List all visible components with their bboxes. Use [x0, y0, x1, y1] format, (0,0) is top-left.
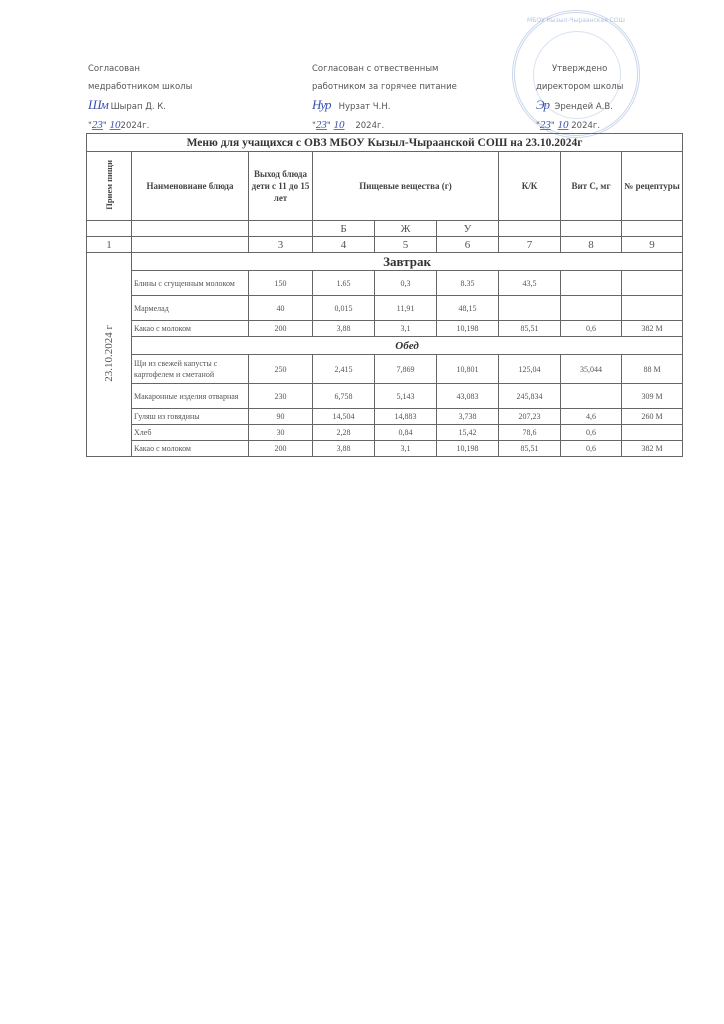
- dish-fat: 7,869: [375, 355, 437, 384]
- dish-carbs: 48,15: [437, 296, 499, 321]
- dish-vitc: [561, 296, 622, 321]
- table-row: Мармелад 40 0,015 11,91 48,15: [87, 296, 683, 321]
- dish-name: Макаронные изделия отварная: [132, 384, 249, 409]
- col-num: 4: [313, 237, 375, 253]
- dish-name: Какао с молоком: [132, 321, 249, 337]
- dish-kcal: 43,5: [499, 271, 561, 296]
- stamp-text: МБОУ Кызыл-Чыраанская СОШ: [515, 17, 637, 24]
- dish-carbs: 43,083: [437, 384, 499, 409]
- dish-output: 200: [249, 321, 313, 337]
- dish-recipe: 309 М: [622, 384, 683, 409]
- header-vitc: Вит С, мг: [561, 152, 622, 221]
- dish-kcal: [499, 296, 561, 321]
- signature-food: Нур: [312, 97, 331, 112]
- dish-fat: 3,1: [375, 441, 437, 457]
- dish-protein: 2,28: [313, 425, 375, 441]
- subheader-row: Б Ж У: [87, 221, 683, 237]
- dish-recipe: 382 М: [622, 321, 683, 337]
- approval-food-name: Нурзат Ч.Н.: [339, 102, 391, 112]
- dish-output: 90: [249, 409, 313, 425]
- table-row: Гуляш из говядины 90 14,504 14,883 3,738…: [87, 409, 683, 425]
- dish-vitc: [561, 384, 622, 409]
- dish-carbs: 15,42: [437, 425, 499, 441]
- dish-kcal: 85,51: [499, 441, 561, 457]
- header-meal: Прием пищи: [87, 152, 132, 221]
- dish-protein: 0,015: [313, 296, 375, 321]
- dish-output: 250: [249, 355, 313, 384]
- school-stamp-icon: МБОУ Кызыл-Чыраанская СОШ: [512, 10, 640, 138]
- dish-vitc: 0,6: [561, 321, 622, 337]
- approval-food: Согласован с отвественным работником за …: [312, 60, 457, 135]
- table-cell: [87, 221, 132, 237]
- dish-fat: 5,143: [375, 384, 437, 409]
- dish-fat: 11,91: [375, 296, 437, 321]
- dish-protein: 2,415: [313, 355, 375, 384]
- dish-output: 150: [249, 271, 313, 296]
- section-breakfast: 23.10.2024 г Завтрак: [87, 253, 683, 271]
- table-cell: [249, 221, 313, 237]
- dish-recipe: [622, 271, 683, 296]
- col-num: [132, 237, 249, 253]
- dish-vitc: 0,6: [561, 441, 622, 457]
- dish-name: Блины с сгущенным молоком: [132, 271, 249, 296]
- signature-medical: Шм: [88, 97, 108, 112]
- header-nutrients: Пищевые вещества (г): [313, 152, 499, 221]
- dish-carbs: 3,738: [437, 409, 499, 425]
- table-cell: [132, 221, 249, 237]
- dish-vitc: 0,6: [561, 425, 622, 441]
- section-lunch: Обед: [87, 337, 683, 355]
- dish-name: Хлеб: [132, 425, 249, 441]
- dish-vitc: 35,044: [561, 355, 622, 384]
- table-cell: [499, 221, 561, 237]
- date-cell: 23.10.2024 г: [87, 253, 132, 457]
- dish-recipe: [622, 296, 683, 321]
- table-row: Щи из свежей капусты с картофелем и смет…: [87, 355, 683, 384]
- dish-fat: 3,1: [375, 321, 437, 337]
- header-dish: Наименовиане блюда: [132, 152, 249, 221]
- dish-fat: 0,3: [375, 271, 437, 296]
- dish-kcal: 78,6: [499, 425, 561, 441]
- dish-fat: 0,84: [375, 425, 437, 441]
- table-row: Макаронные изделия отварная 230 6,758 5,…: [87, 384, 683, 409]
- section-title-breakfast: Завтрак: [132, 253, 683, 271]
- approval-medical-name: Шырап Д. К.: [111, 102, 166, 112]
- section-title-lunch: Обед: [132, 337, 683, 355]
- approval-medical-year: 2024г.: [121, 121, 150, 131]
- col-num: 3: [249, 237, 313, 253]
- table-cell: [622, 221, 683, 237]
- table-row: Какао с молоком 200 3,88 3,1 10,198 85,5…: [87, 441, 683, 457]
- approval-medical-month: 10: [110, 119, 121, 131]
- menu-title: Меню для учащихся с ОВЗ МБОУ Кызыл-Чыраа…: [87, 134, 683, 152]
- dish-vitc: 4,6: [561, 409, 622, 425]
- col-num: 7: [499, 237, 561, 253]
- table-cell: Прием пищи: [103, 160, 115, 210]
- table-row: Какао с молоком 200 3,88 3,1 10,198 85,5…: [87, 321, 683, 337]
- table-row: Хлеб 30 2,28 0,84 15,42 78,6 0,6: [87, 425, 683, 441]
- subheader-fat: Ж: [375, 221, 437, 237]
- dish-protein: 1.65: [313, 271, 375, 296]
- approval-medical: Согласован медработником школы Шм Шырап …: [88, 60, 192, 135]
- dish-name: Гуляш из говядины: [132, 409, 249, 425]
- dish-protein: 3,88: [313, 321, 375, 337]
- dish-kcal: 85,51: [499, 321, 561, 337]
- dish-output: 230: [249, 384, 313, 409]
- dish-recipe: [622, 425, 683, 441]
- dish-carbs: 10,198: [437, 321, 499, 337]
- dish-kcal: 207,23: [499, 409, 561, 425]
- dish-fat: 14,883: [375, 409, 437, 425]
- header-recipe: № рецептуры: [622, 152, 683, 221]
- col-num: 1: [87, 237, 132, 253]
- header-output: Выход блюда дети с 11 до 15 лет: [249, 152, 313, 221]
- dish-recipe: 382 М: [622, 441, 683, 457]
- dish-output: 200: [249, 441, 313, 457]
- approval-food-day: 23: [316, 119, 327, 131]
- table-cell: 23.10.2024 г: [103, 325, 115, 382]
- dish-name: Мармелад: [132, 296, 249, 321]
- approval-medical-line2: медработником школы: [88, 78, 192, 96]
- dish-name: Щи из свежей капусты с картофелем и смет…: [132, 355, 249, 384]
- col-num: 5: [375, 237, 437, 253]
- header-kk: К/К: [499, 152, 561, 221]
- dish-protein: 6,758: [313, 384, 375, 409]
- menu-table: Меню для учащихся с ОВЗ МБОУ Кызыл-Чыраа…: [86, 133, 683, 457]
- dish-name: Какао с молоком: [132, 441, 249, 457]
- dish-kcal: 125,04: [499, 355, 561, 384]
- dish-carbs: 10,198: [437, 441, 499, 457]
- approval-food-month: 10: [334, 119, 345, 131]
- subheader-carbs: У: [437, 221, 499, 237]
- dish-recipe: 88 М: [622, 355, 683, 384]
- col-num: 8: [561, 237, 622, 253]
- dish-kcal: 245,834: [499, 384, 561, 409]
- approval-food-line2: работником за горячее питание: [312, 78, 457, 96]
- dish-protein: 3,88: [313, 441, 375, 457]
- dish-carbs: 8.35: [437, 271, 499, 296]
- approval-medical-day: 23: [92, 119, 103, 131]
- dish-output: 30: [249, 425, 313, 441]
- col-num: 6: [437, 237, 499, 253]
- approval-food-line1: Согласован с отвественным: [312, 60, 457, 78]
- table-row: Блины с сгущенным молоком 150 1.65 0,3 8…: [87, 271, 683, 296]
- stamp-inner-ring: [533, 31, 621, 119]
- dish-recipe: 260 М: [622, 409, 683, 425]
- approval-medical-line1: Согласован: [88, 60, 192, 78]
- dish-vitc: [561, 271, 622, 296]
- dish-output: 40: [249, 296, 313, 321]
- subheader-protein: Б: [313, 221, 375, 237]
- dish-carbs: 10,801: [437, 355, 499, 384]
- table-cell: [561, 221, 622, 237]
- header-row: Прием пищи Наименовиане блюда Выход блюд…: [87, 152, 683, 221]
- approval-food-year: 2024г.: [355, 121, 384, 131]
- dish-protein: 14,504: [313, 409, 375, 425]
- col-num: 9: [622, 237, 683, 253]
- column-number-row: 1 3 4 5 6 7 8 9: [87, 237, 683, 253]
